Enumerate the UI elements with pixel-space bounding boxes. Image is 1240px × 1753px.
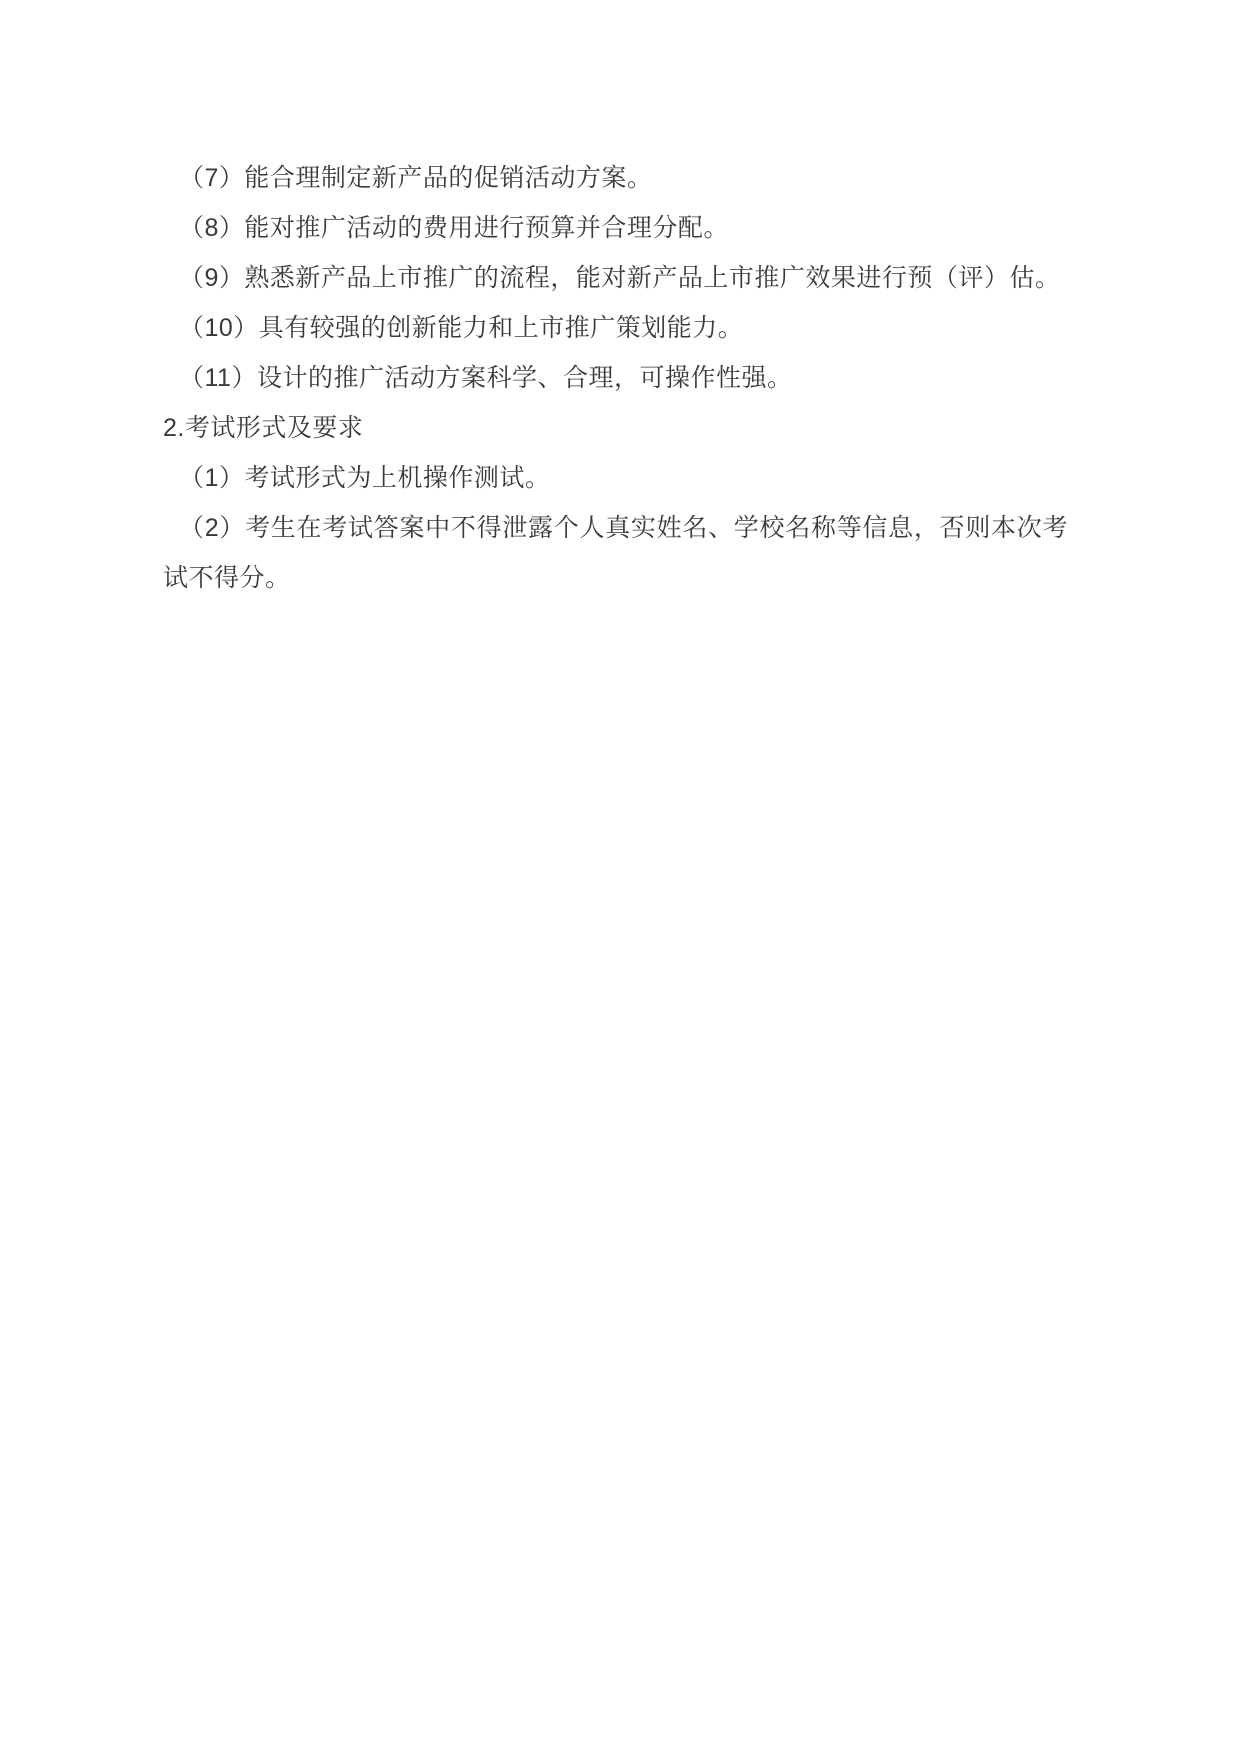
list-item-1: （1）考试形式为上机操作测试。 <box>163 453 1068 503</box>
list-item-11: （11）设计的推广活动方案科学、合理，可操作性强。 <box>163 353 1068 403</box>
section-heading-exam-format: 2.考试形式及要求 <box>163 403 1068 453</box>
list-item-8: （8）能对推广活动的费用进行预算并合理分配。 <box>163 203 1068 253</box>
list-item-2: （2）考生在考试答案中不得泄露个人真实姓名、学校名称等信息，否则本次考试不得分。 <box>163 503 1068 603</box>
document-page: （7）能合理制定新产品的促销活动方案。 （8）能对推广活动的费用进行预算并合理分… <box>0 0 1240 1753</box>
list-item-7: （7）能合理制定新产品的促销活动方案。 <box>163 153 1068 203</box>
list-item-9: （9）熟悉新产品上市推广的流程，能对新产品上市推广效果进行预（评）估。 <box>163 253 1068 303</box>
list-item-10: （10）具有较强的创新能力和上市推广策划能力。 <box>163 303 1068 353</box>
